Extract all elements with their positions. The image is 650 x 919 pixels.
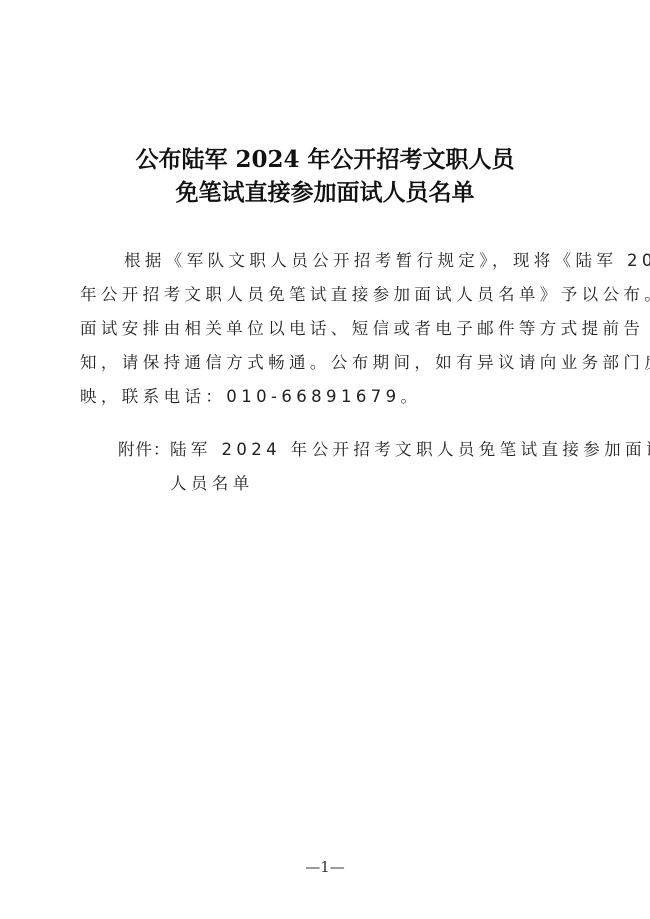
document-page: 公布陆军 2024 年公开招考文职人员 免笔试直接参加面试人员名单 根据《军队文… xyxy=(0,0,650,919)
body-line-3: 面试安排由相关单位以电话、短信或者电子邮件等方式提前告 xyxy=(80,312,644,346)
document-title-line-1: 公布陆军 2024 年公开招考文职人员 xyxy=(0,143,650,177)
body-line-5: 映，联系电话：010-66891679。 xyxy=(80,380,421,414)
page-number: —1— xyxy=(0,858,650,876)
body-line-2: 年公开招考文职人员免笔试直接参加面试人员名单》予以公布。 xyxy=(80,278,650,312)
body-line-1: 根据《军队文职人员公开招考暂行规定》，现将《陆军 2024 xyxy=(124,244,650,278)
document-title-line-2: 免笔试直接参加面试人员名单 xyxy=(0,176,650,210)
attachment-title-line-1: 陆军 2024 年公开招考文职人员免笔试直接参加面试 xyxy=(170,433,650,467)
attachment-label: 附件： xyxy=(118,433,171,467)
body-line-4: 知，请保持通信方式畅通。公布期间，如有异议请向业务部门反 xyxy=(80,346,650,380)
attachment-title-line-2: 人员名单 xyxy=(170,467,254,501)
